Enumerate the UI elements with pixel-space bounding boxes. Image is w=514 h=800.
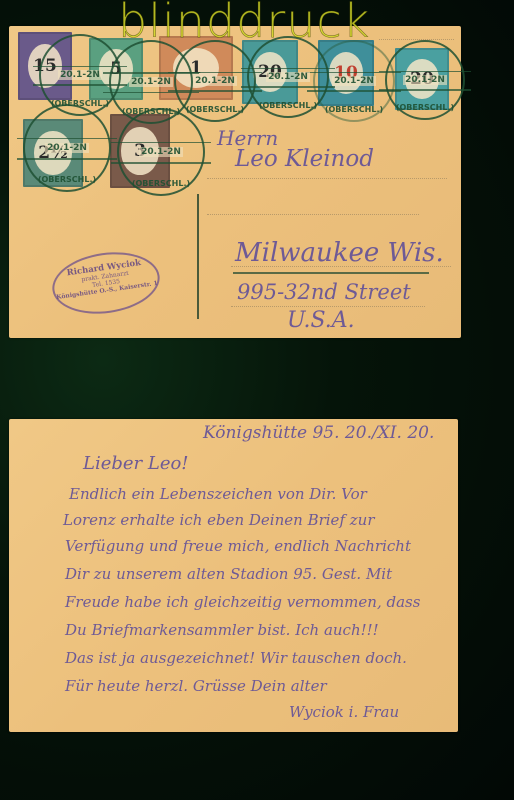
postmark-region: (OBERSCHL.)	[396, 103, 454, 112]
address-city: Milwaukee Wis.	[235, 238, 444, 268]
postmark-date: 20.1-2N	[266, 72, 310, 82]
postmark: 20.1-2N (OBERSCHL.)	[313, 40, 395, 122]
address-street: 995-32nd Street	[237, 280, 411, 304]
address-line	[379, 39, 454, 40]
postmark-date: 20.1-2N	[193, 76, 237, 86]
address-country: U.S.A.	[287, 308, 355, 333]
postmark: 20.1-2N (OBERSCHL.)	[174, 40, 256, 122]
letter-line: Verfügung und freue mich, endlich Nachri…	[65, 537, 411, 555]
postmark-region: (OBERSCHL.)	[38, 175, 96, 184]
postcard-back: Königshütte 95. 20./XI. 20. Lieber Leo! …	[9, 419, 458, 732]
letter-line: Endlich ein Lebenszeichen von Dir. Vor	[69, 485, 367, 503]
postcard-front: 15 5 1 20 10 20 2½ 3 20.1-2N (OBERSCHL.)…	[9, 26, 461, 338]
postmark: 20.1-2N (OBERSCHL.)	[23, 104, 111, 192]
postmark-date: 20.1-2N	[58, 70, 102, 80]
letter-line: Du Briefmarkensammler bist. Ich auch!!!	[65, 621, 379, 639]
letter-line: Dir zu unserem alten Stadion 95. Gest. M…	[65, 565, 392, 583]
postmark-region: (OBERSCHL.)	[132, 179, 190, 188]
letter-place-date: Königshütte 95. 20./XI. 20.	[203, 423, 434, 443]
letter-line: Freude habe ich gleichzeitig vernommen, …	[65, 593, 420, 611]
watermark-text: blinddruck	[118, 0, 370, 48]
postmark-region: (OBERSCHL.)	[325, 105, 383, 114]
postmark-region: (OBERSCHL.)	[186, 105, 244, 114]
postmark-date: 20.1-2N	[45, 143, 89, 153]
letter-line: Lorenz erhalte ich eben Deinen Brief zur	[63, 511, 375, 529]
address-line	[207, 214, 419, 215]
letter-signature: Wyciok i. Frau	[289, 703, 399, 721]
postmark: 20.1-2N (OBERSCHL.)	[117, 108, 205, 196]
address-name: Leo Kleinod	[235, 146, 374, 172]
sender-rubber-stamp: Richard Wyciok prakt. Zahnarzt Tel. 1535…	[48, 246, 163, 320]
postmark-date: 20.1-2N	[332, 76, 376, 86]
address-line	[231, 306, 425, 307]
postmark-region: (OBERSCHL.)	[259, 101, 317, 110]
postmark-date: 20.1-2N	[129, 77, 173, 87]
letter-line: Das ist ja ausgezeichnet! Wir tauschen d…	[65, 649, 407, 667]
letter-line: Für heute herzl. Grüsse Dein alter	[65, 677, 327, 695]
address-divider	[197, 194, 199, 319]
address-line	[207, 178, 447, 179]
postmark: 20.1-2N (OBERSCHL.)	[385, 40, 465, 120]
postmark-date: 20.1-2N	[403, 75, 447, 85]
postmark-date: 20.1-2N	[139, 147, 183, 157]
letter-greeting: Lieber Leo!	[83, 453, 189, 474]
address-underline	[233, 272, 429, 274]
